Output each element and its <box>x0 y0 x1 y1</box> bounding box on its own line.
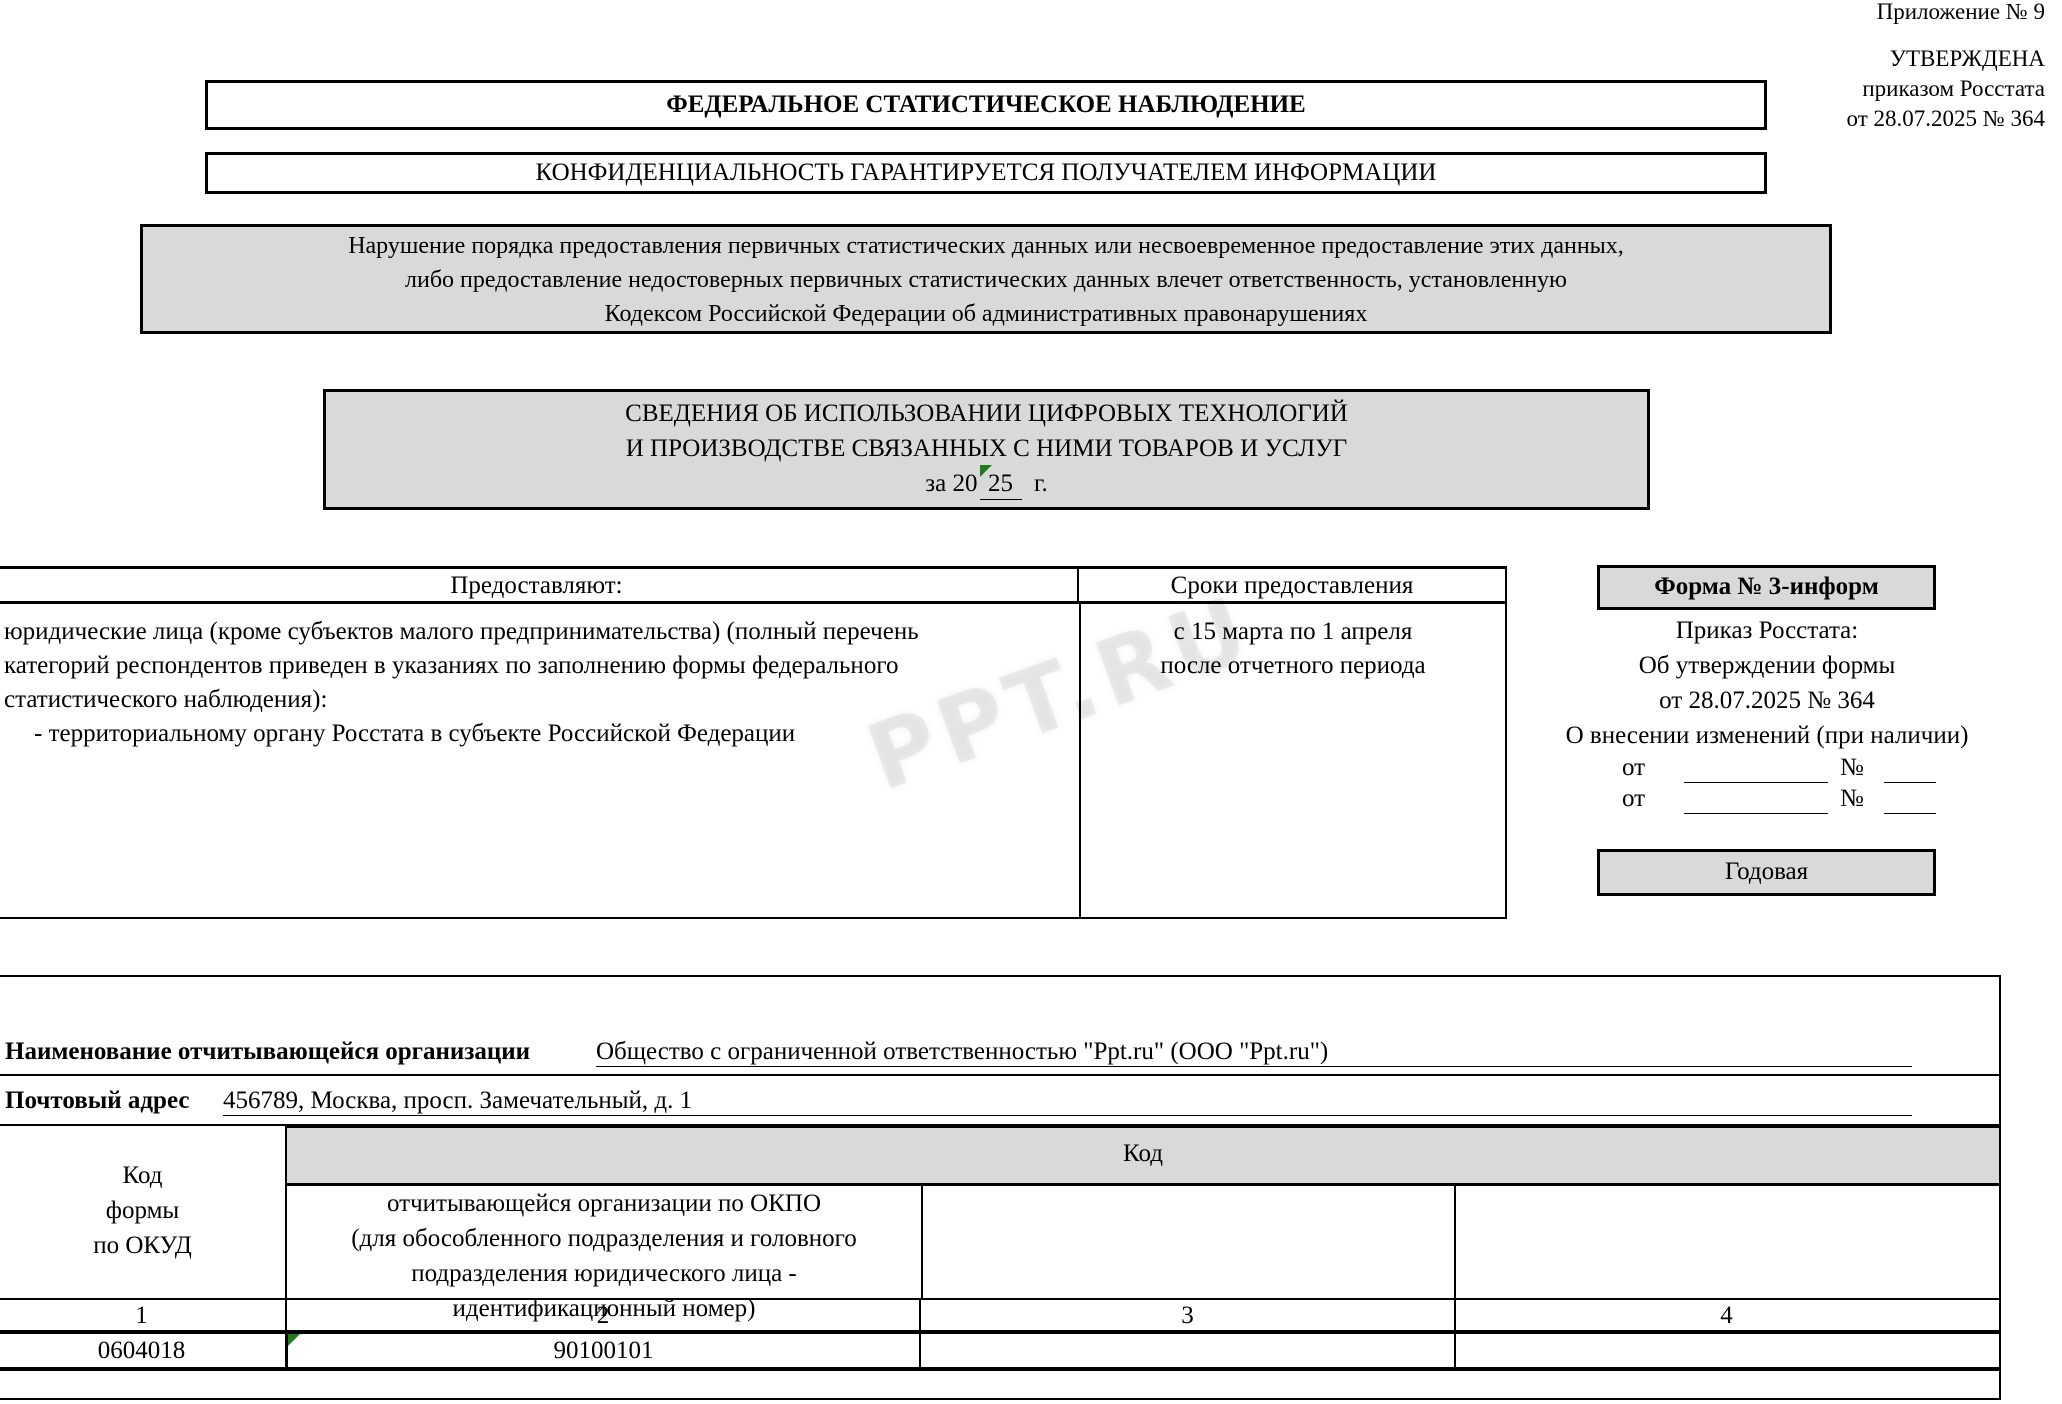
approved-label: УТВЕРЖДЕНА <box>1890 44 2045 74</box>
column-number: 4 <box>1454 1300 1999 1332</box>
column-numbers-row: 1 2 3 4 <box>0 1298 1999 1334</box>
appendix-label: Приложение № 9 <box>1877 0 2045 27</box>
confidentiality-text: КОНФИДЕНЦИАЛЬНОСТЬ ГАРАНТИРУЕТСЯ ПОЛУЧАТ… <box>536 159 1437 186</box>
code-group-header: Код <box>285 1124 1999 1186</box>
col4-code-cell[interactable] <box>1454 1334 1999 1367</box>
warning-line: Кодексом Российской Федерации об админис… <box>143 297 1829 331</box>
warning-line: либо предоставление недостоверных первич… <box>143 263 1829 297</box>
form-number-box: Форма № 3-информ <box>1597 565 1936 610</box>
codes-table: Код формы по ОКУД Код отчитывающейся орг… <box>0 1124 1999 1400</box>
cell-comment-marker-icon <box>980 465 992 477</box>
warning-line: Нарушение порядка предоставления первичн… <box>143 229 1829 263</box>
okpo-code-cell[interactable]: 90100101 <box>285 1334 921 1367</box>
change-from-label: от <box>1622 752 1664 783</box>
col3-header <box>921 1186 1456 1298</box>
column-number: 1 <box>0 1300 285 1332</box>
submission-who-cell: юридические лица (кроме субъектов малого… <box>4 615 1064 751</box>
order-title: Об утверждении формы <box>1540 648 1994 683</box>
who-line: юридические лица (кроме субъектов малого… <box>4 615 1064 649</box>
year-value: 25 <box>988 470 1013 497</box>
change-num-field[interactable] <box>1884 755 1936 783</box>
approved-order-date: от 28.07.2025 № 364 <box>1847 104 2045 134</box>
when-line: после отчетного периода <box>1081 649 1505 683</box>
col4-header <box>1454 1186 1999 1298</box>
col3-code-cell[interactable] <box>921 1334 1456 1367</box>
submission-table: Предоставляют: Сроки предоставления юрид… <box>0 566 1507 919</box>
who-item: - территориальному органу Росстата в суб… <box>4 717 1064 751</box>
report-title-box: СВЕДЕНИЯ ОБ ИСПОЛЬЗОВАНИИ ЦИФРОВЫХ ТЕХНО… <box>323 389 1650 510</box>
year-suffix: г. <box>1034 470 1048 497</box>
okpo-header-line: отчитывающейся организации по ОКПО <box>287 1186 921 1221</box>
changes-label: О внесении изменений (при наличии) <box>1540 718 1994 753</box>
report-title-line2: И ПРОИЗВОДСТВЕ СВЯЗАННЫХ С НИМИ ТОВАРОВ … <box>326 431 1647 466</box>
change-num-label: № <box>1840 752 1874 783</box>
column-number: 2 <box>285 1300 921 1332</box>
change-from-label: от <box>1622 783 1664 814</box>
change-row: от № <box>1622 783 1952 814</box>
who-line: категорий респондентов приведен в указан… <box>4 649 1064 683</box>
order-label: Приказ Росстата: <box>1540 613 1994 648</box>
federal-observation-text: ФЕДЕРАЛЬНОЕ СТАТИСТИЧЕСКОЕ НАБЛЮДЕНИЕ <box>666 91 1305 118</box>
okud-header-line: по ОКУД <box>0 1228 287 1263</box>
okud-header-line: Код <box>0 1158 287 1193</box>
change-from-field[interactable] <box>1684 786 1828 814</box>
okud-header-line: формы <box>0 1193 287 1228</box>
organization-codes-block: Наименование отчитывающейся организации … <box>0 975 2001 1400</box>
change-num-field[interactable] <box>1884 786 1936 814</box>
okud-header: Код формы по ОКУД <box>0 1124 287 1298</box>
okpo-code-value: 90100101 <box>554 1337 654 1364</box>
legal-warning-box: Нарушение порядка предоставления первичн… <box>140 224 1832 334</box>
cell-comment-marker-icon <box>288 1334 300 1346</box>
approved-by-order: приказом Росстата <box>1862 74 2045 104</box>
periodicity-box: Годовая <box>1597 849 1936 896</box>
submission-who-header: Предоставляют: <box>0 569 1079 604</box>
okpo-header-line: подразделения юридического лица - <box>287 1256 921 1291</box>
order-date: от 28.07.2025 № 364 <box>1540 683 1994 718</box>
table-row: 0604018 90100101 <box>0 1334 1999 1371</box>
when-line: с 15 марта по 1 апреля <box>1081 615 1505 649</box>
address-label: Почтовый адрес <box>5 1084 189 1118</box>
federal-observation-title: ФЕДЕРАЛЬНОЕ СТАТИСТИЧЕСКОЕ НАБЛЮДЕНИЕ <box>205 80 1767 130</box>
report-title-line1: СВЕДЕНИЯ ОБ ИСПОЛЬЗОВАНИИ ЦИФРОВЫХ ТЕХНО… <box>326 396 1647 431</box>
change-row: от № <box>1622 752 1952 783</box>
changes-rows: от № от № <box>1622 752 1952 814</box>
who-line: статистического наблюдения): <box>4 683 1064 717</box>
okud-code-cell[interactable]: 0604018 <box>0 1334 285 1367</box>
address-field[interactable]: 456789, Москва, просп. Замечательный, д.… <box>223 1084 1912 1116</box>
okpo-header: отчитывающейся организации по ОКПО (для … <box>285 1186 923 1298</box>
confidentiality-box: КОНФИДЕНЦИАЛЬНОСТЬ ГАРАНТИРУЕТСЯ ПОЛУЧАТ… <box>205 152 1767 194</box>
change-num-label: № <box>1840 783 1874 814</box>
org-name-field[interactable]: Общество с ограниченной ответственностью… <box>596 1035 1912 1067</box>
change-from-field[interactable] <box>1684 755 1828 783</box>
submission-when-header: Сроки предоставления <box>1079 569 1505 604</box>
year-input[interactable]: 25 <box>980 469 1022 500</box>
okpo-header-line: (для обособленного подразделения и голов… <box>287 1221 921 1256</box>
row-divider <box>0 1074 1999 1076</box>
report-year-line: за 2025 г. <box>326 466 1647 501</box>
form-order-info: Приказ Росстата: Об утверждении формы от… <box>1540 613 1994 753</box>
org-name-label: Наименование отчитывающейся организации <box>5 1035 530 1069</box>
column-number: 3 <box>921 1300 1456 1332</box>
year-prefix: за 20 <box>925 470 977 497</box>
submission-when-cell: с 15 марта по 1 апреля после отчетного п… <box>1081 615 1505 683</box>
